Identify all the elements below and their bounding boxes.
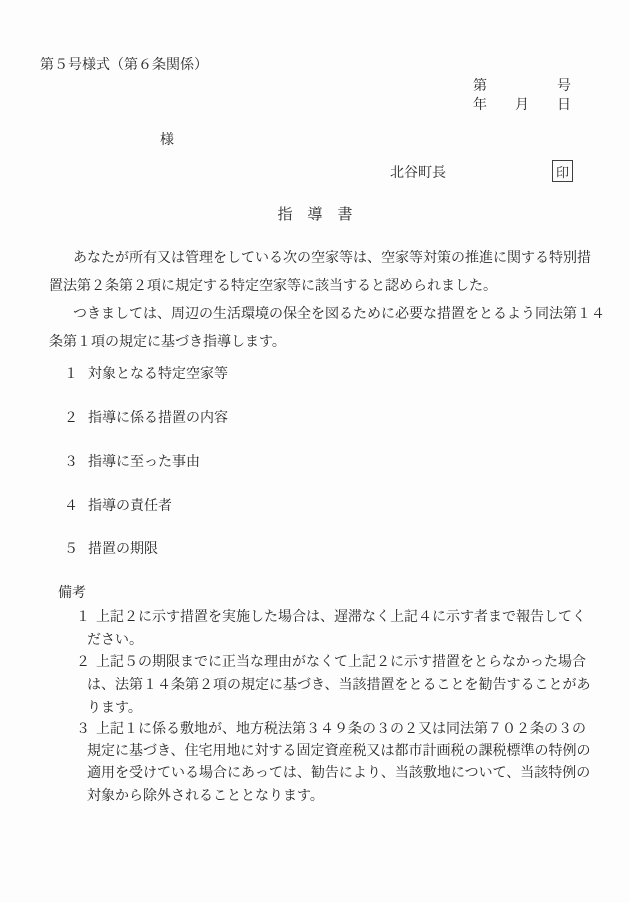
remark-2-line-3: ります。 [87, 701, 142, 716]
body-paragraph-2-line-1: つきましては、周辺の生活環境の保全を図るために必要な措置をとるよう同法第１４ [49, 307, 605, 322]
remark-3-line-4: 対象から除外されることとなります。 [87, 789, 324, 804]
remark-1-line-1: １上記２に示す措置を実施した場合は、遅滞なく上記４に示す者まで報告してく [76, 610, 586, 625]
page-title: 指 導 書 [0, 207, 630, 223]
remark-3-text-1: 上記１に係る敷地が、地方税法第３４９条の３の２又は同法第７０２条の３の [96, 722, 586, 737]
list-item-4: ４指導の責任者 [64, 499, 172, 514]
form-number: 第５号様式（第６条関係） [40, 58, 208, 73]
list-item-3-label: 指導に至った事由 [88, 455, 200, 470]
list-item-1-number: １ [64, 367, 88, 382]
remark-1-text-1: 上記２に示す措置を実施した場合は、遅滞なく上記４に示す者まで報告してく [96, 610, 586, 625]
guidance-document-page: 第５号様式（第６条関係） 第 号 年 月 日 様 北谷町長 印 指 導 書 あな… [0, 0, 630, 903]
date-line: 年 月 日 [473, 98, 571, 113]
list-item-2: ２指導に係る措置の内容 [64, 411, 228, 426]
list-item-3-number: ３ [64, 455, 88, 470]
list-item-4-label: 指導の責任者 [88, 499, 172, 514]
list-item-4-number: ４ [64, 499, 88, 514]
list-item-1-label: 対象となる特定空家等 [88, 367, 228, 382]
list-item-5-number: ５ [64, 542, 88, 557]
remark-3-line-3: 適用を受けている場合にあっては、勧告により、当該敷地について、当該特例の [87, 766, 590, 781]
remark-2-line-1: ２上記５の期限までに正当な理由がなくて上記２に示す措置をとらなかった場合 [76, 655, 586, 670]
remark-3-number: ３ [76, 722, 96, 737]
body-paragraph-1-line-1: あなたが所有又は管理をしている次の空家等は、空家等対策の推進に関する特別措 [49, 251, 591, 266]
remark-1-line-2: ださい。 [87, 633, 143, 648]
remark-2-line-2: は、法第１４条第２項の規定に基づき、当該措置をとることを勧告することがあ [87, 678, 590, 693]
remark-2-text-1: 上記５の期限までに正当な理由がなくて上記２に示す措置をとらなかった場合 [96, 655, 586, 670]
remark-3-line-1: ３上記１に係る敷地が、地方税法第３４９条の３の２又は同法第７０２条の３の [76, 722, 586, 737]
seal-character: 印 [556, 162, 569, 181]
list-item-5-label: 措置の期限 [88, 542, 158, 557]
addressee-suffix: 様 [160, 133, 174, 148]
list-item-3: ３指導に至った事由 [64, 455, 200, 470]
list-item-2-number: ２ [64, 411, 88, 426]
remark-3-line-2: 規定に基づき、住宅用地に対する固定資産税又は都市計画税の課税標準の特例の [87, 744, 590, 759]
issuer-name: 北谷町長 [390, 166, 446, 181]
seal-box: 印 [552, 160, 573, 182]
list-item-5: ５措置の期限 [64, 542, 158, 557]
remark-2-number: ２ [76, 655, 96, 670]
document-number-line: 第 号 [473, 79, 571, 94]
remarks-heading: 備考 [58, 586, 86, 601]
list-item-2-label: 指導に係る措置の内容 [88, 411, 228, 426]
list-item-1: １対象となる特定空家等 [64, 367, 228, 382]
remark-1-number: １ [76, 610, 96, 625]
body-paragraph-1-line-2: 置法第２条第２項に規定する特定空家等に該当すると認められました。 [49, 279, 497, 294]
body-paragraph-2-line-2: 条第１項の規定に基づき指導します。 [49, 335, 286, 350]
